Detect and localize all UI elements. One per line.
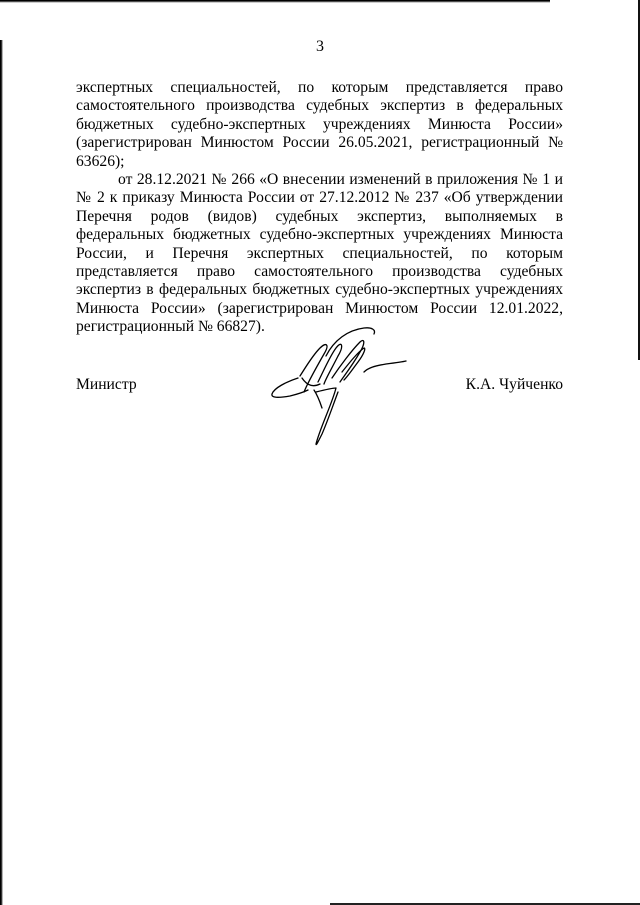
document-page: 3 экспертных специальностей, по которым … bbox=[0, 0, 640, 905]
scan-edge-top bbox=[0, 0, 550, 3]
page-number: 3 bbox=[0, 38, 640, 56]
handwritten-signature-icon bbox=[268, 326, 408, 450]
signer-name: К.А. Чуйченко bbox=[466, 376, 563, 394]
document-body: экспертных специальностей, по которым пр… bbox=[76, 79, 563, 337]
signer-position: Министр bbox=[76, 376, 137, 394]
scan-edge-left bbox=[0, 40, 3, 905]
paragraph-continuation: экспертных специальностей, по которым пр… bbox=[76, 79, 563, 171]
paragraph-order-266: от 28.12.2021 № 266 «О внесении изменени… bbox=[76, 171, 563, 337]
